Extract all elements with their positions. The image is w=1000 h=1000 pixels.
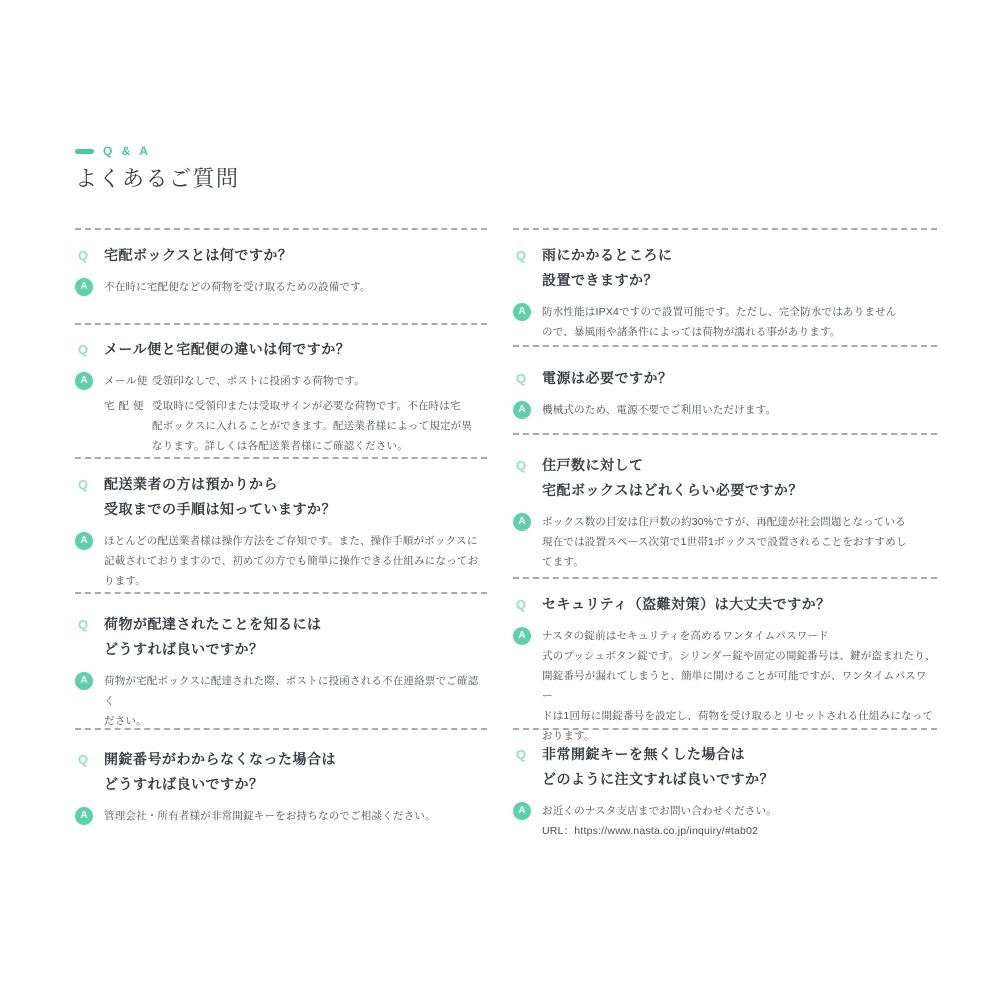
question-row: Q 非常開錠キーを無くした場合は どのように注文すれば良いですか？	[513, 742, 937, 792]
faq-item: Q 配送業者の方は預かりから 受取までの手順は知っていますか？ A ほとんどの配…	[75, 472, 487, 591]
answer-row: A 不在時に宅配便などの荷物を受け取るための設備です。	[75, 277, 487, 297]
answer-text: 防水性能はIPX4ですので設置可能です。ただし、完全防水ではありません ので、暴…	[542, 302, 937, 342]
definition-term: 宅 配 便	[104, 396, 152, 416]
question-row: Q セキュリティ（盗難対策）は大丈夫ですか？	[513, 592, 937, 617]
question-text: 雨にかかるところに 設置できますか？	[542, 243, 937, 293]
separator	[513, 577, 937, 579]
a-icon: A	[513, 401, 531, 419]
q-icon: Q	[75, 472, 104, 497]
faq-item: Q メール便と宅配便の違いは何ですか？ A メール便 受領印なしで、ポストに投函…	[75, 337, 487, 456]
a-icon: A	[75, 532, 93, 550]
separator	[513, 728, 937, 730]
q-icon: Q	[513, 243, 542, 268]
question-row: Q 電源は必要ですか？	[513, 366, 937, 391]
definition-row: メール便 受領印なしで、ポストに投函する荷物です。	[104, 371, 487, 391]
definition-row: 宅 配 便 受取時に受領印または受取サインが必要な荷物です。不在時は宅 配ボック…	[104, 396, 487, 456]
question-text: 非常開錠キーを無くした場合は どのように注文すれば良いですか？	[542, 742, 937, 792]
question-text: 荷物が配達されたことを知るには どうすれば良いですか？	[104, 612, 487, 662]
question-row: Q 雨にかかるところに 設置できますか？	[513, 243, 937, 293]
faq-column-right: Q 雨にかかるところに 設置できますか？ A 防水性能はIPX4ですので設置可能…	[513, 0, 937, 1000]
separator	[75, 228, 487, 230]
faq-column-left: Q 宅配ボックスとは何ですか？ A 不在時に宅配便などの荷物を受け取るための設備…	[75, 0, 487, 1000]
q-icon: Q	[513, 592, 542, 617]
answer-row: A 機械式のため、電源不要でご利用いただけます。	[513, 400, 937, 420]
q-icon: Q	[513, 366, 542, 391]
question-text: メール便と宅配便の違いは何ですか？	[104, 337, 487, 362]
a-icon: A	[75, 672, 93, 690]
faq-item: Q 荷物が配達されたことを知るには どうすれば良いですか？ A 荷物が宅配ボック…	[75, 612, 487, 731]
answer-row: A お近くのナスタ支店までお問い合わせください。 URL：https://www…	[513, 801, 937, 841]
a-icon: A	[513, 802, 531, 820]
answer-text: 機械式のため、電源不要でご利用いただけます。	[542, 400, 937, 420]
faq-item: Q 宅配ボックスとは何ですか？ A 不在時に宅配便などの荷物を受け取るための設備…	[75, 243, 487, 297]
question-row: Q 荷物が配達されたことを知るには どうすれば良いですか？	[75, 612, 487, 662]
faq-item: Q セキュリティ（盗難対策）は大丈夫ですか？ A ナスタの錠前はセキュリティを高…	[513, 592, 937, 746]
separator	[513, 228, 937, 230]
definition-desc: 受取時に受領印または受取サインが必要な荷物です。不在時は宅 配ボックスに入れるこ…	[152, 396, 487, 456]
question-text: セキュリティ（盗難対策）は大丈夫ですか？	[542, 592, 937, 617]
answer-text: 不在時に宅配便などの荷物を受け取るための設備です。	[104, 277, 487, 297]
q-icon: Q	[75, 243, 104, 268]
answer-text: お近くのナスタ支店までお問い合わせください。 URL：https://www.n…	[542, 801, 937, 841]
separator	[75, 592, 487, 594]
answer-definition-list: メール便 受領印なしで、ポストに投函する荷物です。 宅 配 便 受取時に受領印ま…	[104, 371, 487, 456]
question-row: Q 宅配ボックスとは何ですか？	[75, 243, 487, 268]
definition-term: メール便	[104, 371, 152, 391]
question-row: Q 開錠番号がわからなくなった場合は どうすれば良いですか？	[75, 747, 487, 797]
q-icon: Q	[513, 742, 542, 767]
q-icon: Q	[75, 337, 104, 362]
definition-desc: 受領印なしで、ポストに投函する荷物です。	[152, 371, 487, 391]
a-icon: A	[75, 807, 93, 825]
answer-text: ほとんどの配送業者様は操作方法をご存知です。また、操作手順がボックスに 記載され…	[104, 531, 487, 591]
answer-row: A 防水性能はIPX4ですので設置可能です。ただし、完全防水ではありません ので…	[513, 302, 937, 342]
a-icon: A	[75, 372, 93, 390]
faq-page: Q & A よくあるご質問 Q 宅配ボックスとは何ですか？ A 不在時に宅配便な…	[0, 0, 1000, 1000]
a-icon: A	[513, 513, 531, 531]
answer-text: 荷物が宅配ボックスに配達された際、ポストに投函される不在連絡票でご確認く ださい…	[104, 671, 487, 731]
question-text: 住戸数に対して 宅配ボックスはどれくらい必要ですか？	[542, 453, 937, 503]
question-row: Q 配送業者の方は預かりから 受取までの手順は知っていますか？	[75, 472, 487, 522]
answer-text: ボックス数の目安は住戸数の約30%ですが、再配達が社会問題となっている 現在では…	[542, 512, 937, 572]
faq-item: Q 開錠番号がわからなくなった場合は どうすれば良いですか？ A 管理会社・所有…	[75, 747, 487, 826]
a-icon: A	[75, 278, 93, 296]
answer-row: A ボックス数の目安は住戸数の約30%ですが、再配達が社会問題となっている 現在…	[513, 512, 937, 572]
question-row: Q メール便と宅配便の違いは何ですか？	[75, 337, 487, 362]
question-text: 電源は必要ですか？	[542, 366, 937, 391]
question-text: 開錠番号がわからなくなった場合は どうすれば良いですか？	[104, 747, 487, 797]
separator	[75, 323, 487, 325]
q-icon: Q	[75, 747, 104, 772]
a-icon: A	[513, 303, 531, 321]
question-row: Q 住戸数に対して 宅配ボックスはどれくらい必要ですか？	[513, 453, 937, 503]
separator	[75, 457, 487, 459]
q-icon: Q	[513, 453, 542, 478]
question-text: 宅配ボックスとは何ですか？	[104, 243, 487, 268]
answer-text: 管理会社・所有者様が非常開錠キーをお持ちなのでご相談ください。	[104, 806, 487, 826]
answer-row: A ほとんどの配送業者様は操作方法をご存知です。また、操作手順がボックスに 記載…	[75, 531, 487, 591]
separator	[513, 433, 937, 435]
separator	[513, 345, 937, 347]
a-icon: A	[513, 627, 531, 645]
faq-item: Q 電源は必要ですか？ A 機械式のため、電源不要でご利用いただけます。	[513, 366, 937, 420]
faq-item: Q 雨にかかるところに 設置できますか？ A 防水性能はIPX4ですので設置可能…	[513, 243, 937, 342]
separator	[75, 728, 487, 730]
faq-item: Q 住戸数に対して 宅配ボックスはどれくらい必要ですか？ A ボックス数の目安は…	[513, 453, 937, 572]
answer-row: A 荷物が宅配ボックスに配達された際、ポストに投函される不在連絡票でご確認く だ…	[75, 671, 487, 731]
answer-row: A 管理会社・所有者様が非常開錠キーをお持ちなのでご相談ください。	[75, 806, 487, 826]
question-text: 配送業者の方は預かりから 受取までの手順は知っていますか？	[104, 472, 487, 522]
faq-item: Q 非常開錠キーを無くした場合は どのように注文すれば良いですか？ A お近くの…	[513, 742, 937, 841]
q-icon: Q	[75, 612, 104, 637]
answer-row: A メール便 受領印なしで、ポストに投函する荷物です。 宅 配 便 受取時に受領…	[75, 371, 487, 456]
